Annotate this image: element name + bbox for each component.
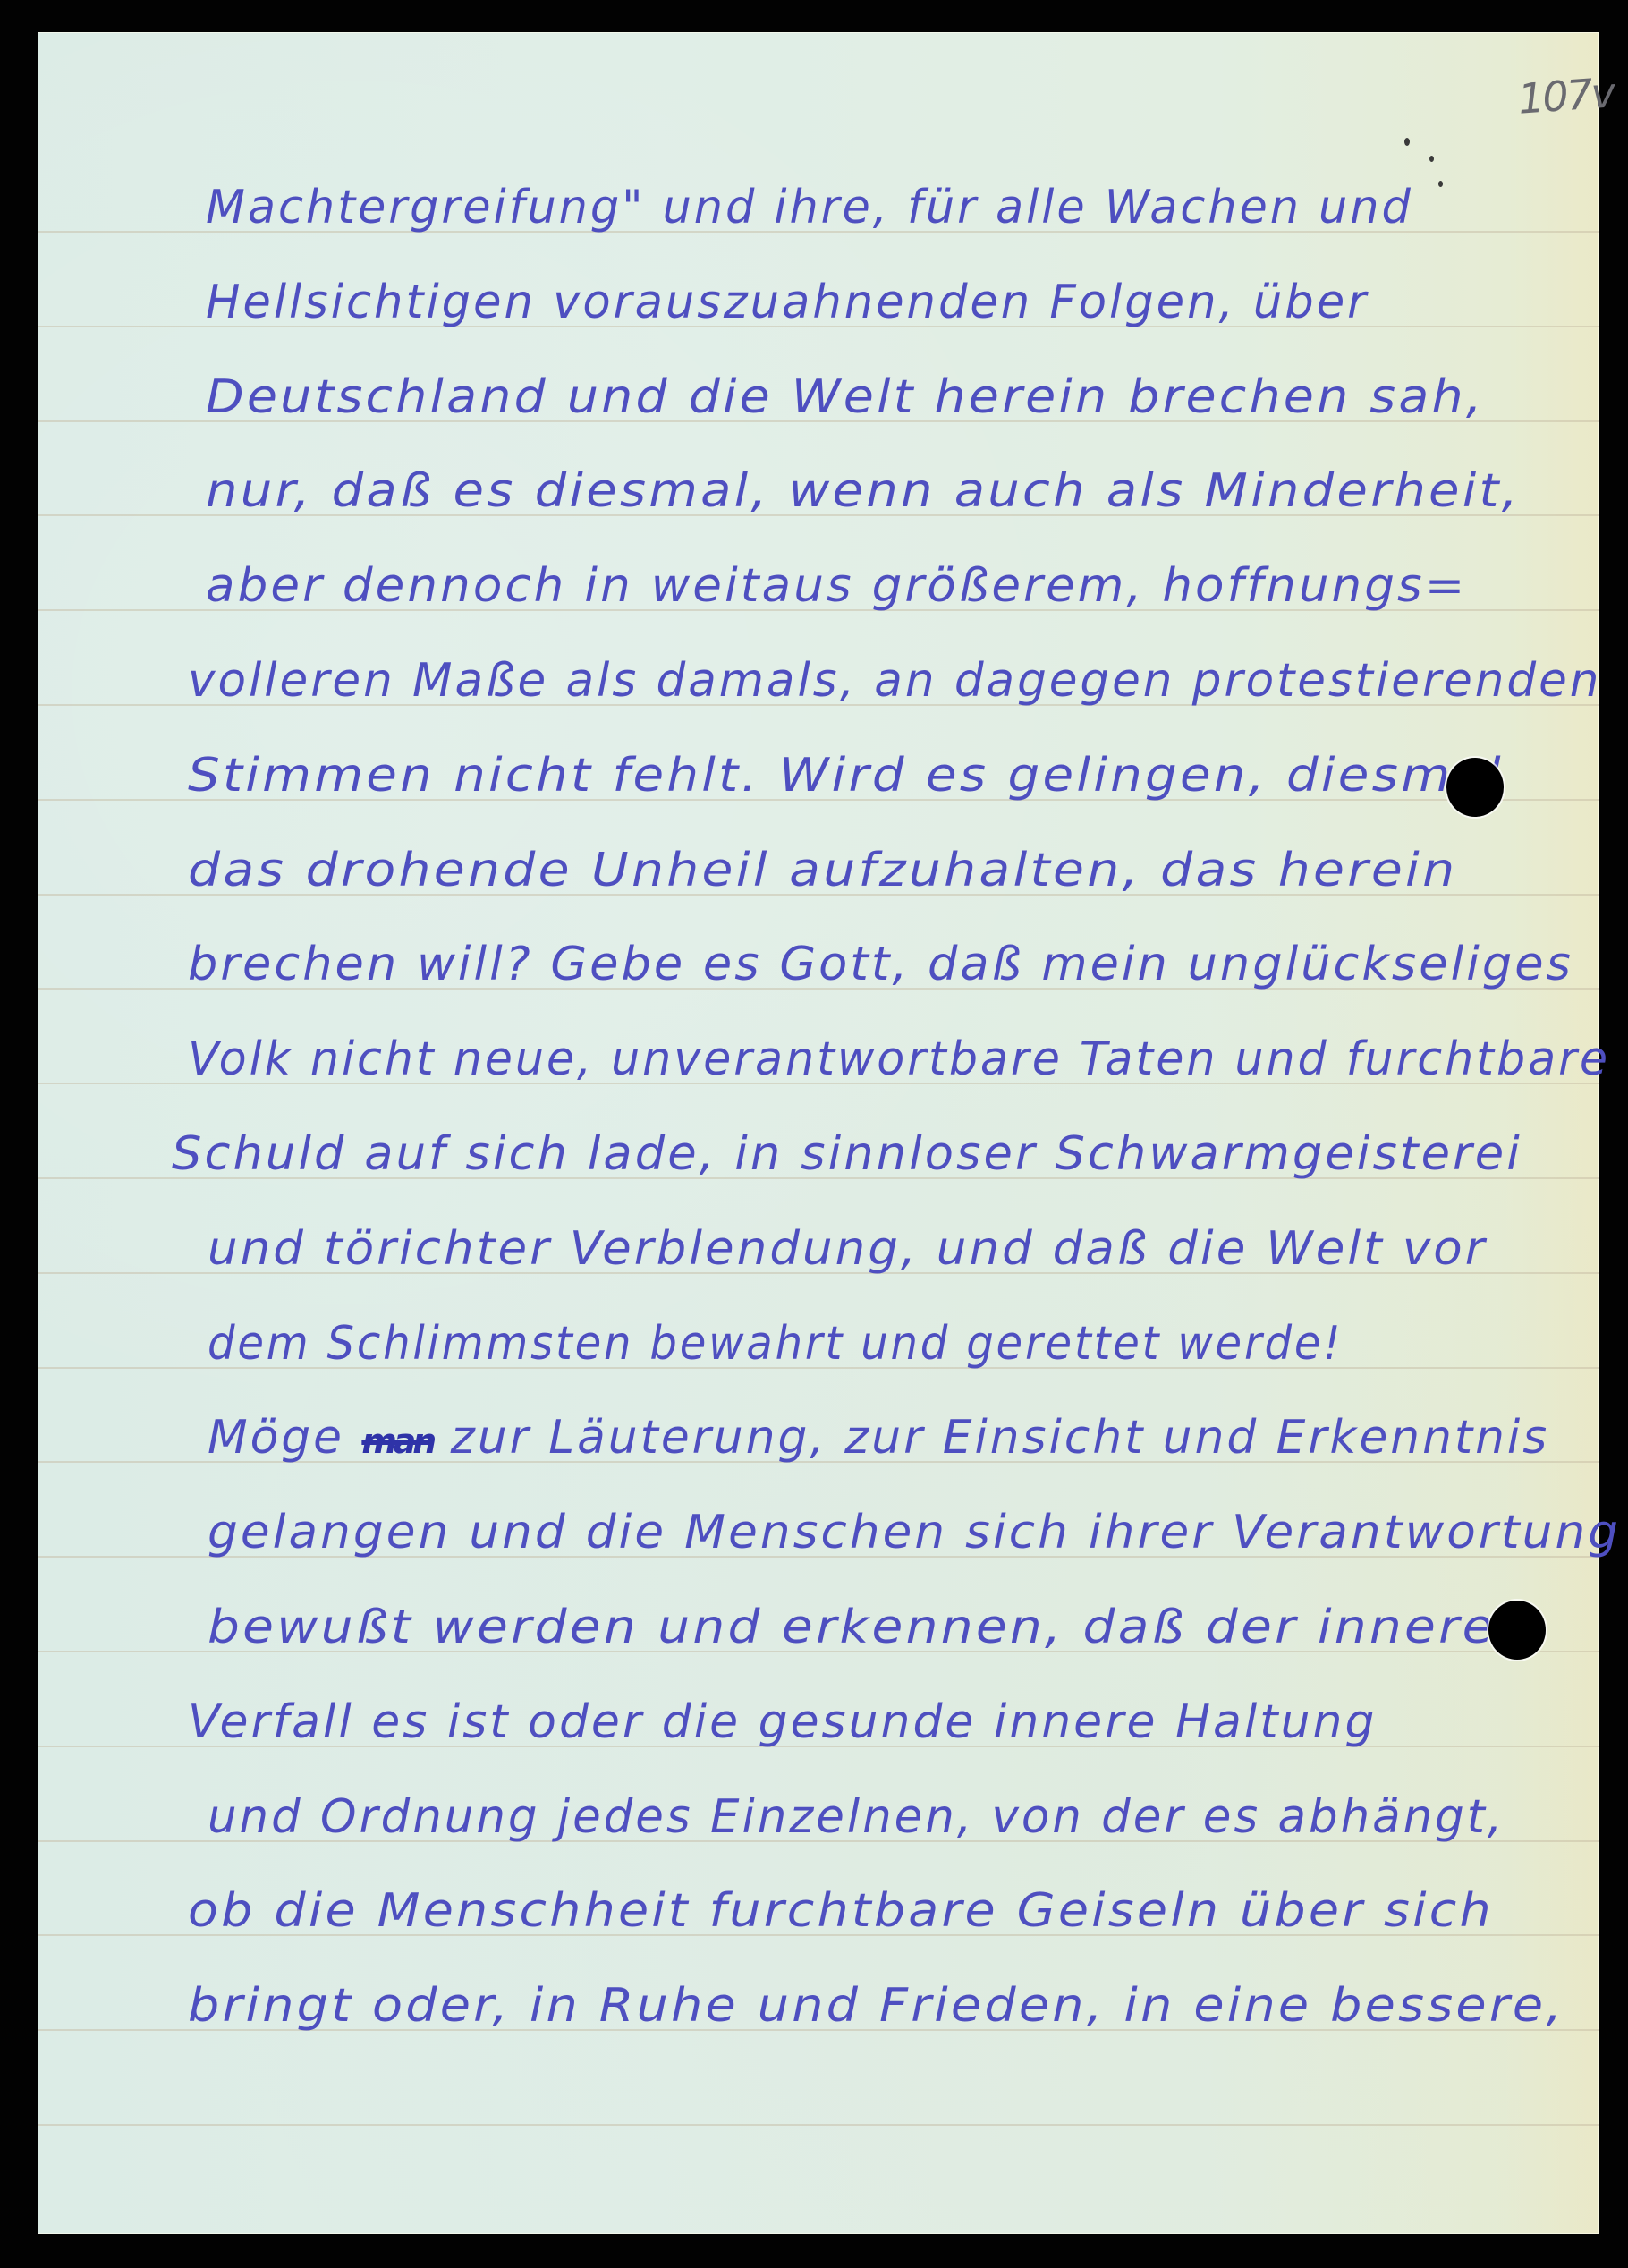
text-line-16: bewußt werden und erkennen, daß der inne… [208, 1604, 1497, 1651]
text-line-18: und Ordnung jedes Einzelnen, von der es … [208, 1794, 1505, 1840]
ruled-line [38, 2124, 1599, 2126]
crossed-out-word: man [361, 1424, 433, 1458]
line-14-end: zur Läuterung, zur Einsicht und Erkenntn… [433, 1411, 1549, 1465]
text-line-6: volleren Maße als damals, an dagegen pro… [188, 658, 1601, 704]
text-line-9: brechen will? Gebe es Gott, daß mein ung… [188, 941, 1573, 988]
text-line-20: bringt oder, in Ruhe und Frieden, in ein… [188, 1983, 1564, 2029]
text-line-4: nur, daß es diesmal, wenn auch als Minde… [206, 468, 1521, 514]
page-number: 107v [1516, 68, 1615, 123]
speck [1404, 138, 1410, 146]
punch-hole-top [1446, 758, 1504, 817]
text-line-2: Hellsichtigen vorauszuahnenden Folgen, ü… [206, 279, 1369, 326]
text-line-5: aber dennoch in weitaus größerem, hoffnu… [206, 563, 1467, 609]
text-line-15: gelangen und die Menschen sich ihrer Ver… [208, 1509, 1621, 1556]
text-line-8: das drohende Unheil aufzuhalten, das her… [188, 847, 1457, 894]
text-line-11: Schuld auf sich lade, in sinnloser Schwa… [172, 1131, 1522, 1177]
text-line-7: Stimmen nicht fehlt. Wird es gelingen, d… [188, 752, 1504, 799]
speck [1429, 156, 1434, 162]
text-line-12: und törichter Verblendung, und daß die W… [208, 1226, 1488, 1272]
text-line-13: dem Schlimmsten bewahrt und gerettet wer… [208, 1321, 1343, 1367]
speck [1438, 181, 1443, 187]
text-line-17: Verfall es ist oder die gesunde innere H… [188, 1699, 1377, 1746]
punch-hole-bottom [1488, 1601, 1546, 1660]
manuscript-page: 107v Machtergreifung" und ihre, für alle… [38, 32, 1599, 2234]
text-line-3: Deutschland und die Welt herein brechen … [206, 374, 1485, 420]
text-line-14: Möge man zur Läuterung, zur Einsicht und… [208, 1414, 1549, 1461]
line-14-start: Möge [208, 1411, 361, 1465]
text-line-19: ob die Menschheit furchtbare Geiseln übe… [188, 1888, 1494, 1934]
text-line-10: Volk nicht neue, unverantwortbare Taten … [188, 1036, 1610, 1083]
text-line-1: Machtergreifung" und ihre, für alle Wach… [206, 184, 1413, 231]
